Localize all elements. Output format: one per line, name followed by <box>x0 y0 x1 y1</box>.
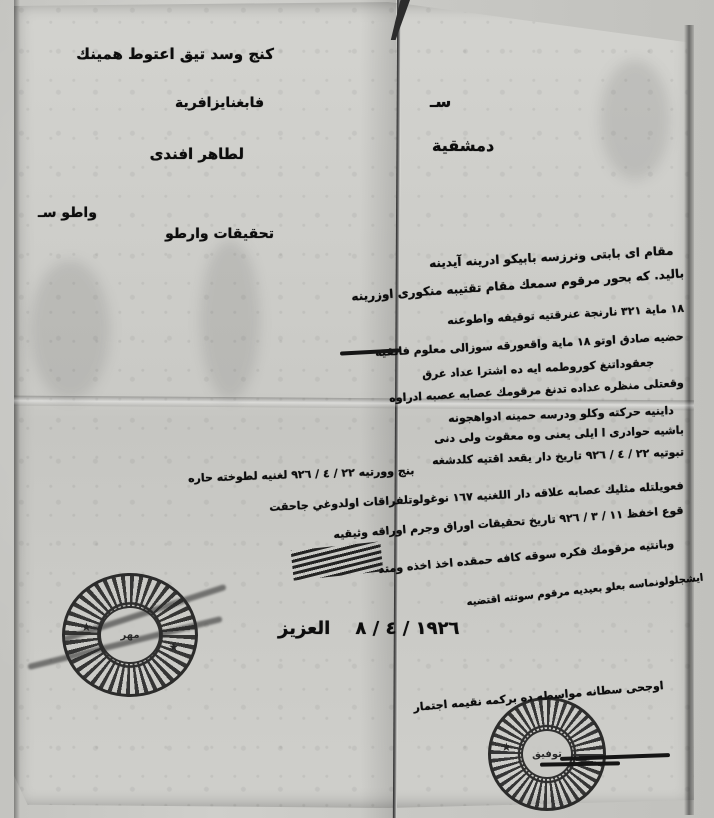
date-place: العزيز <box>278 618 330 639</box>
stain <box>600 60 670 180</box>
date-day: ٨ <box>355 618 366 639</box>
stain <box>30 260 110 400</box>
paper-right-edge <box>684 25 694 815</box>
date-month: ٤ <box>385 618 396 639</box>
date-line: ١٩٢٦ / ٤ / ٨ العزيز <box>278 618 460 639</box>
paper-left-edge <box>14 0 20 818</box>
official-seal-right: توفيق ★ <box>488 697 606 811</box>
header-line-3: لطاهر افندى <box>150 145 244 163</box>
star-icon: ★ <box>501 740 512 754</box>
header-line-1: كنج وسد تيق اعتوط همينك <box>76 45 274 63</box>
header-right-1: سـ <box>430 92 451 111</box>
vertical-fold-shadow <box>360 0 396 818</box>
stain <box>200 240 260 400</box>
subject-line: واطو سـ <box>38 205 97 221</box>
header-right-2: دمشقية <box>432 136 494 155</box>
seal-center: توفيق <box>521 729 573 779</box>
star-icon: ★ <box>168 640 179 654</box>
date-year: ١٩٢٦ <box>416 618 460 639</box>
header-line-2: فابغنايزافرية <box>175 95 264 111</box>
body-line: تحقيقات وارطو <box>165 226 274 242</box>
